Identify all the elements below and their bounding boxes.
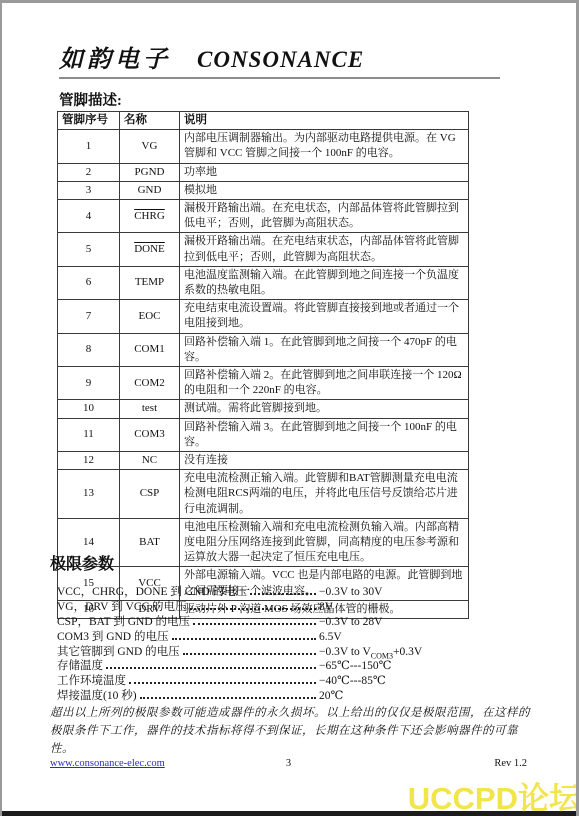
pin-description: 测试端。需将此管脚接到地。 xyxy=(180,400,469,418)
limit-label: VG，DRV 到 VCC 的电压 xyxy=(57,598,187,614)
dotted-leader xyxy=(106,667,316,669)
limit-value: −65℃---150℃ xyxy=(319,658,391,674)
table-row: 3 GND 模拟地 xyxy=(58,181,469,199)
limit-parameter-row: CSP，BAT 到 GND 的电压 −0.3V to 28V xyxy=(57,613,487,628)
page-footer: www.consonance-elec.com 3 Rev 1.2 xyxy=(50,758,527,769)
pin-name: NC xyxy=(120,452,180,470)
pin-number: 10 xyxy=(58,400,120,418)
pin-description-table: 管脚序号 名称 说明 1 VG 内部电压调制器输出。为内部驱动电路提供电源。在 … xyxy=(57,111,469,619)
column-header-description: 说明 xyxy=(180,112,469,130)
pin-name-overlined: CHRG xyxy=(120,200,180,233)
pin-name: COM2 xyxy=(120,367,180,400)
pin-description: 漏极开路输出端。在充电结束状态，内部晶体管将此管脚拉到低电平；否则，此管脚为高阻… xyxy=(180,233,469,266)
limit-parameter-row: VG，DRV 到 VCC 的电压 8V xyxy=(57,598,487,613)
table-row: 13 CSP 充电电流检测正输入端。此管脚和BAT管脚测量充电电流检测电阻RCS… xyxy=(58,470,469,519)
revision-label: Rev 1.2 xyxy=(368,758,527,769)
pin-description: 充电电流检测正输入端。此管脚和BAT管脚测量充电电流检测电阻RCS两端的电压，并… xyxy=(180,470,469,519)
limit-parameter-row: 其它管脚到 GND 的电压 −0.3V to VCOM3+0.3V xyxy=(57,643,487,658)
dotted-leader xyxy=(190,608,316,610)
table-row: 7 EOC 充电结束电流设置端。将此管脚直接接到地或者通过一个电阻接到地。 xyxy=(58,300,469,333)
pin-name: test xyxy=(120,400,180,418)
pin-description-heading: 管脚描述: xyxy=(59,89,122,110)
limit-value: −0.3V to 28V xyxy=(319,616,382,630)
table-row: 4 CHRG 漏极开路输出端。在充电状态，内部晶体管将此管脚拉到低电平；否则，此… xyxy=(58,200,469,233)
pin-name: PGND xyxy=(120,163,180,181)
pin-number: 8 xyxy=(58,333,120,366)
column-header-pin-name: 名称 xyxy=(120,112,180,130)
pin-description: 功率地 xyxy=(180,163,469,181)
limit-label: COM3 到 GND 的电压 xyxy=(57,628,169,644)
limit-value: 6.5V xyxy=(319,631,342,645)
table-row: 9 COM2 回路补偿输入端 2。在此管脚到地之间串联连接一个 120Ω 的电阻… xyxy=(58,367,469,400)
table-row: 8 COM1 回路补偿输入端 1。在此管脚到地之间接一个 470pF 的电容。 xyxy=(58,333,469,366)
pin-name: EOC xyxy=(120,300,180,333)
dotted-leader xyxy=(140,697,316,699)
pin-description: 电池温度监测输入端。在此管脚到地之间连接一个负温度系数的热敏电阻。 xyxy=(180,266,469,299)
table-row: 6 TEMP 电池温度监测输入端。在此管脚到地之间连接一个负温度系数的热敏电阻。 xyxy=(58,266,469,299)
limit-label: VCC，CHRG，DONE 到 GND 的电压 xyxy=(57,583,247,599)
limit-warning-note: 超出以上所列的极限参数可能造成器件的永久损坏。以上给出的仅仅是极限范围，在这样的… xyxy=(50,704,538,758)
limit-value: −40℃---85℃ xyxy=(319,673,386,689)
table-row: 1 VG 内部电压调制器输出。为内部驱动电路提供电源。在 VG 管脚和 VCC … xyxy=(58,130,469,163)
pin-number: 6 xyxy=(58,266,120,299)
pin-number: 2 xyxy=(58,163,120,181)
pin-number: 9 xyxy=(58,367,120,400)
dotted-leader xyxy=(129,682,316,684)
pin-name: TEMP xyxy=(120,266,180,299)
pin-name-overlined: DONE xyxy=(120,233,180,266)
pin-description: 内部电压调制器输出。为内部驱动电路提供电源。在 VG 管脚和 VCC 管脚之间接… xyxy=(180,130,469,163)
limit-label: CSP，BAT 到 GND 的电压 xyxy=(57,613,190,629)
limit-value: 20℃ xyxy=(319,688,343,704)
pin-name: VG xyxy=(120,130,180,163)
limit-value: 8V xyxy=(319,601,333,615)
pin-description: 没有连接 xyxy=(180,452,469,470)
pin-number: 7 xyxy=(58,300,120,333)
column-header-pin-number: 管脚序号 xyxy=(58,112,120,130)
table-row: 14 BAT 电池电压检测输入端和充电电流检测负输入端。内部高精度电阻分压网络连… xyxy=(58,518,469,567)
pin-description: 漏极开路输出端。在充电状态，内部晶体管将此管脚拉到低电平；否则，此管脚为高阻状态… xyxy=(180,200,469,233)
limit-parameters-heading: 极限参数 xyxy=(50,551,114,574)
table-row: 11 COM3 回路补偿输入端 3。在此管脚到地之间接一个 100nF 的电容。 xyxy=(58,418,469,451)
dotted-leader xyxy=(183,653,316,655)
pin-description: 回路补偿输入端 2。在此管脚到地之间串联连接一个 120Ω 的电阻和一个 220… xyxy=(180,367,469,400)
limit-label: 其它管脚到 GND 的电压 xyxy=(57,643,180,659)
table-row: 5 DONE 漏极开路输出端。在充电结束状态，内部晶体管将此管脚拉到低电平；否则… xyxy=(58,233,469,266)
limit-parameter-row: COM3 到 GND 的电压 6.5V xyxy=(57,628,487,643)
dotted-leader xyxy=(250,593,316,595)
pin-name: GND xyxy=(120,181,180,199)
pin-number: 5 xyxy=(58,233,120,266)
limit-parameters-list: VCC，CHRG，DONE 到 GND 的电压 −0.3V to 30V VG，… xyxy=(57,583,487,702)
limit-parameter-row: 焊接温度(10 秒) 20℃ xyxy=(57,687,487,702)
forum-watermark: UCCPD论坛 xyxy=(408,773,579,816)
pin-name: COM3 xyxy=(120,418,180,451)
pin-description: 回路补偿输入端 3。在此管脚到地之间接一个 100nF 的电容。 xyxy=(180,418,469,451)
pin-description: 电池电压检测输入端和充电电流检测负输入端。内部高精度电阻分压网络连接到此管脚，同… xyxy=(180,518,469,567)
limit-parameter-row: 工作环境温度 −40℃---85℃ xyxy=(57,672,487,687)
pin-description: 模拟地 xyxy=(180,181,469,199)
limit-value: −0.3V to 30V xyxy=(319,586,382,600)
limit-parameter-row: 存储温度 −65℃---150℃ xyxy=(57,657,487,672)
pin-description: 回路补偿输入端 1。在此管脚到地之间接一个 470pF 的电容。 xyxy=(180,333,469,366)
table-row: 12 NC 没有连接 xyxy=(58,452,469,470)
header-divider xyxy=(59,77,500,79)
table-row: 10 test 测试端。需将此管脚接到地。 xyxy=(58,400,469,418)
page-number: 3 xyxy=(209,758,368,769)
limit-parameter-row: VCC，CHRG，DONE 到 GND 的电压 −0.3V to 30V xyxy=(57,583,487,598)
pin-number: 1 xyxy=(58,130,120,163)
website-link[interactable]: www.consonance-elec.com xyxy=(50,758,165,769)
pin-number: 3 xyxy=(58,181,120,199)
limit-label: 存储温度 xyxy=(57,657,103,673)
dotted-leader xyxy=(193,623,316,625)
pin-number: 13 xyxy=(58,470,120,519)
dotted-leader xyxy=(172,638,317,640)
pin-name: CSP xyxy=(120,470,180,519)
table-row: 2 PGND 功率地 xyxy=(58,163,469,181)
pin-number: 11 xyxy=(58,418,120,451)
pin-number: 4 xyxy=(58,200,120,233)
document-header: 如韵电子 CONSONANCE xyxy=(59,39,526,74)
company-name-english: CONSONANCE xyxy=(197,47,364,73)
pin-number: 12 xyxy=(58,452,120,470)
company-name-chinese: 如韵电子 xyxy=(59,39,171,74)
pin-name: BAT xyxy=(120,518,180,567)
table-header-row: 管脚序号 名称 说明 xyxy=(58,112,469,130)
pin-name: COM1 xyxy=(120,333,180,366)
limit-label: 焊接温度(10 秒) xyxy=(57,687,137,703)
pin-description: 充电结束电流设置端。将此管脚直接接到地或者通过一个电阻接到地。 xyxy=(180,300,469,333)
limit-label: 工作环境温度 xyxy=(57,672,126,688)
